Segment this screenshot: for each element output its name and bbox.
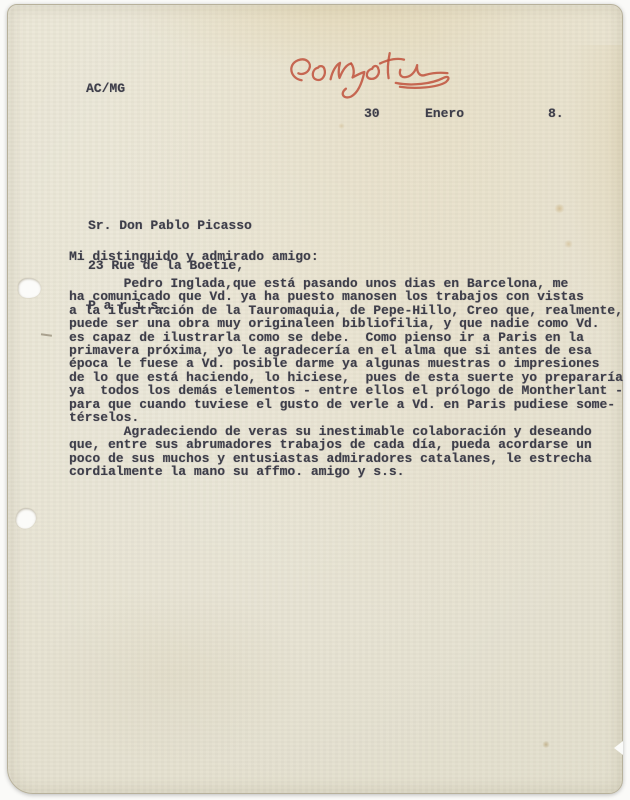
letter-page: AC/MG 30 Enero 8. Sr. Don Pablo Picasso … [7,4,623,794]
paper-stain [38,585,308,765]
foxing-spot [542,741,550,748]
recipient-name: Sr. Don Pablo Picasso [88,219,252,232]
foxing-spot [554,204,565,213]
date-month: Enero [425,107,464,120]
body-paragraph-1: Pedro Inglada,que está pasando unos dias… [69,277,623,424]
handwritten-annotation [275,44,455,108]
punch-hole [18,278,41,298]
foxing-spot [564,240,573,248]
paper-edge-tear [614,741,623,755]
foxing-spot [338,123,345,129]
scan-background: AC/MG 30 Enero 8. Sr. Don Pablo Picasso … [0,0,630,800]
date-line: 30 Enero 8. [8,107,622,123]
date-day: 30 [364,107,380,120]
salutation: Mi distinguido y admirado amigo: [69,250,319,263]
punch-hole [14,506,38,531]
date-year: 8. [548,107,564,120]
body-paragraph-2: Agradeciendo de veras su inestimable col… [69,425,592,479]
typed-reference: AC/MG [86,82,125,95]
paper-scratch [41,333,52,336]
